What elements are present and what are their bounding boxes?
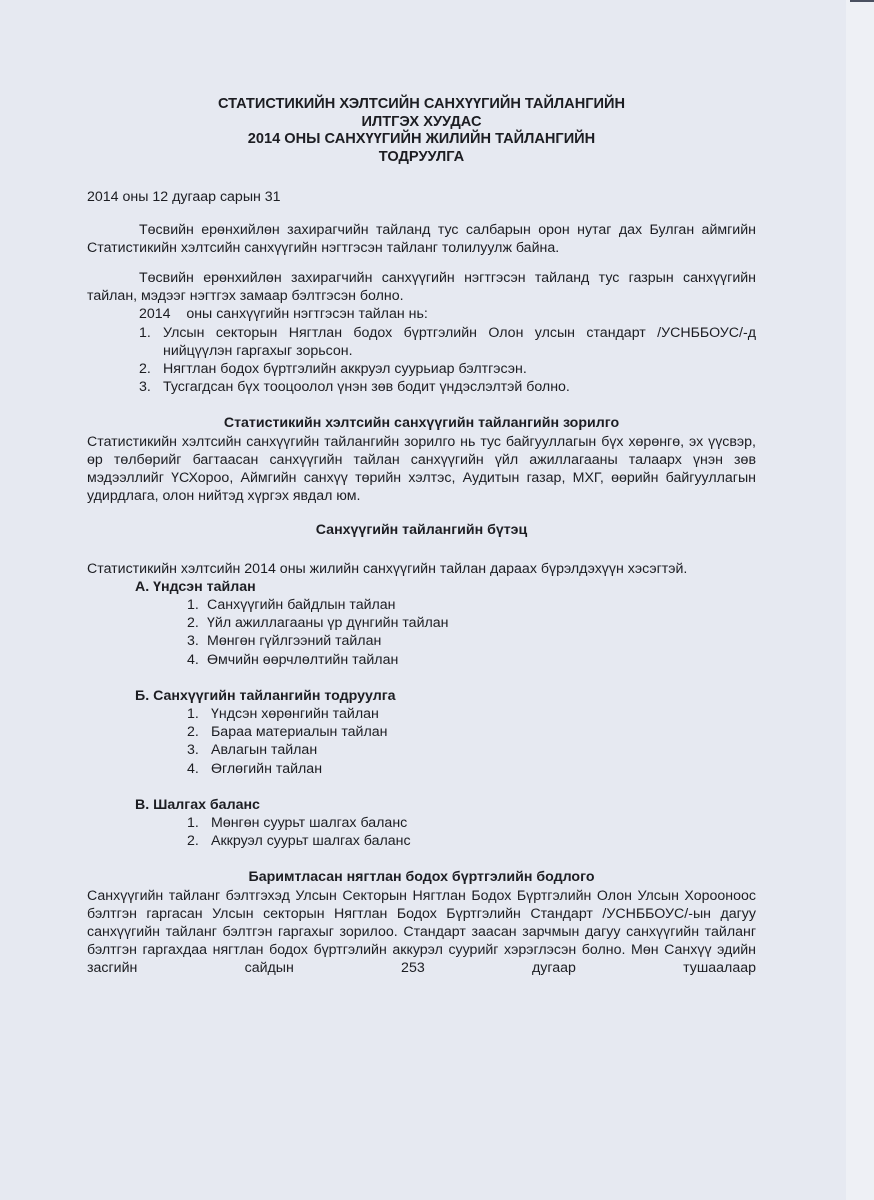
list-number: 2. xyxy=(187,723,199,741)
group-heading: А. Үндсэн тайлан xyxy=(87,578,756,596)
structure-intro: Статистикийн хэлтсийн 2014 оны жилийн са… xyxy=(87,560,756,578)
title-line: ИЛТГЭХ ХУУДАС xyxy=(87,114,756,132)
group-list: 1.Үндсэн хөрөнгийн тайлан 2.Бараа матери… xyxy=(87,705,756,778)
scan-corner-mark xyxy=(850,0,874,2)
purpose-heading: Статистикийн хэлтсийн санхүүгийн тайланг… xyxy=(87,414,756,432)
list-number: 2. xyxy=(187,832,199,850)
title-line: ТОДРУУЛГА xyxy=(87,149,756,167)
list-item: 3.Тусгагдсан бүх тооцоолол үнэн зөв боди… xyxy=(139,378,756,396)
list-item: 1.Мөнгөн суурьт шалгах баланс xyxy=(187,814,756,832)
list-text: Мөнгөн суурьт шалгах баланс xyxy=(211,815,407,831)
intro-list: 1.Улсын секторын Нягтлан бодох бүртгэлий… xyxy=(87,324,756,397)
list-text: Үйл ажиллагааны үр дүнгийн тайлан xyxy=(207,615,449,631)
list-text: Бараа материалын тайлан xyxy=(211,724,388,740)
list-number: 1. xyxy=(139,324,151,342)
list-number: 3. xyxy=(139,378,151,396)
intro-paragraph-1: Төсвийн ерөнхийлөн захирагчийн тайланд т… xyxy=(87,221,756,257)
structure-group-b: Б. Санхүүгийн тайлангийн тодруулга 1.Үнд… xyxy=(87,687,756,778)
list-number: 1. xyxy=(187,596,199,614)
list-number: 2. xyxy=(187,614,199,632)
group-list: 1.Мөнгөн суурьт шалгах баланс 2.Аккруэл … xyxy=(87,814,756,850)
structure-group-a: А. Үндсэн тайлан 1.Санхүүгийн байдлын та… xyxy=(87,578,756,669)
structure-heading: Санхүүгийн тайлангийн бүтэц xyxy=(87,521,756,539)
group-heading: В. Шалгах баланс xyxy=(87,796,756,814)
list-number: 3. xyxy=(187,632,199,650)
document-date: 2014 оны 12 дугаар сарын 31 xyxy=(87,188,756,206)
group-list: 1.Санхүүгийн байдлын тайлан 2.Үйл ажилла… xyxy=(87,596,756,669)
policy-heading: Баримтласан нягтлан бодох бүртгэлийн бод… xyxy=(87,868,756,886)
list-text: Аккруэл суурьт шалгах баланс xyxy=(211,833,411,849)
title-line: 2014 ОНЫ САНХҮҮГИЙН ЖИЛИЙН ТАЙЛАНГИЙН xyxy=(87,131,756,149)
intro-paragraph-2: Төсвийн ерөнхийлөн захирагчийн санхүүгий… xyxy=(87,269,756,305)
list-text: Өглөгийн тайлан xyxy=(211,761,322,777)
list-item: 1.Үндсэн хөрөнгийн тайлан xyxy=(187,705,756,723)
purpose-paragraph: Статистикийн хэлтсийн санхүүгийн тайланг… xyxy=(87,433,756,506)
list-number: 1. xyxy=(187,705,199,723)
list-text: Тусгагдсан бүх тооцоолол үнэн зөв бодит … xyxy=(163,379,570,395)
list-item: 2.Нягтлан бодох бүртгэлийн аккруэл суурь… xyxy=(139,360,756,378)
intro-list-lead: 2014 оны санхүүгийн нэгтгэсэн тайлан нь: xyxy=(87,305,756,323)
list-text: Улсын секторын Нягтлан бодох бүртгэлийн … xyxy=(163,324,756,360)
document-page: СТАТИСТИКИЙН ХЭЛТСИЙН САНХҮҮГИЙН ТАЙЛАНГ… xyxy=(87,96,756,978)
list-item: 2.Үйл ажиллагааны үр дүнгийн тайлан xyxy=(187,614,756,632)
list-text: Өмчийн өөрчлөлтийн тайлан xyxy=(207,652,398,668)
list-item: 2.Аккруэл суурьт шалгах баланс xyxy=(187,832,756,850)
list-number: 4. xyxy=(187,760,199,778)
list-item: 2.Бараа материалын тайлан xyxy=(187,723,756,741)
group-heading: Б. Санхүүгийн тайлангийн тодруулга xyxy=(87,687,756,705)
list-text: Мөнгөн гүйлгээний тайлан xyxy=(207,633,381,649)
document-title: СТАТИСТИКИЙН ХЭЛТСИЙН САНХҮҮГИЙН ТАЙЛАНГ… xyxy=(87,96,756,166)
title-line: СТАТИСТИКИЙН ХЭЛТСИЙН САНХҮҮГИЙН ТАЙЛАНГ… xyxy=(87,96,756,114)
list-number: 2. xyxy=(139,360,151,378)
list-number: 1. xyxy=(187,814,199,832)
list-item: 4.Өглөгийн тайлан xyxy=(187,760,756,778)
scan-edge-strip xyxy=(846,0,874,1200)
list-item: 1.Улсын секторын Нягтлан бодох бүртгэлий… xyxy=(139,324,756,360)
list-number: 4. xyxy=(187,651,199,669)
list-text: Санхүүгийн байдлын тайлан xyxy=(207,597,396,613)
policy-paragraph: Санхүүгийн тайланг бэлтгэхэд Улсын Секто… xyxy=(87,887,756,978)
list-number: 3. xyxy=(187,741,199,759)
list-text: Үндсэн хөрөнгийн тайлан xyxy=(211,706,379,722)
list-item: 1.Санхүүгийн байдлын тайлан xyxy=(187,596,756,614)
list-item: 3.Мөнгөн гүйлгээний тайлан xyxy=(187,632,756,650)
list-text: Авлагын тайлан xyxy=(211,742,317,758)
list-text: Нягтлан бодох бүртгэлийн аккруэл суурьиа… xyxy=(163,361,527,377)
structure-group-c: В. Шалгах баланс 1.Мөнгөн суурьт шалгах … xyxy=(87,796,756,851)
list-item: 4.Өмчийн өөрчлөлтийн тайлан xyxy=(187,651,756,669)
list-item: 3.Авлагын тайлан xyxy=(187,741,756,759)
